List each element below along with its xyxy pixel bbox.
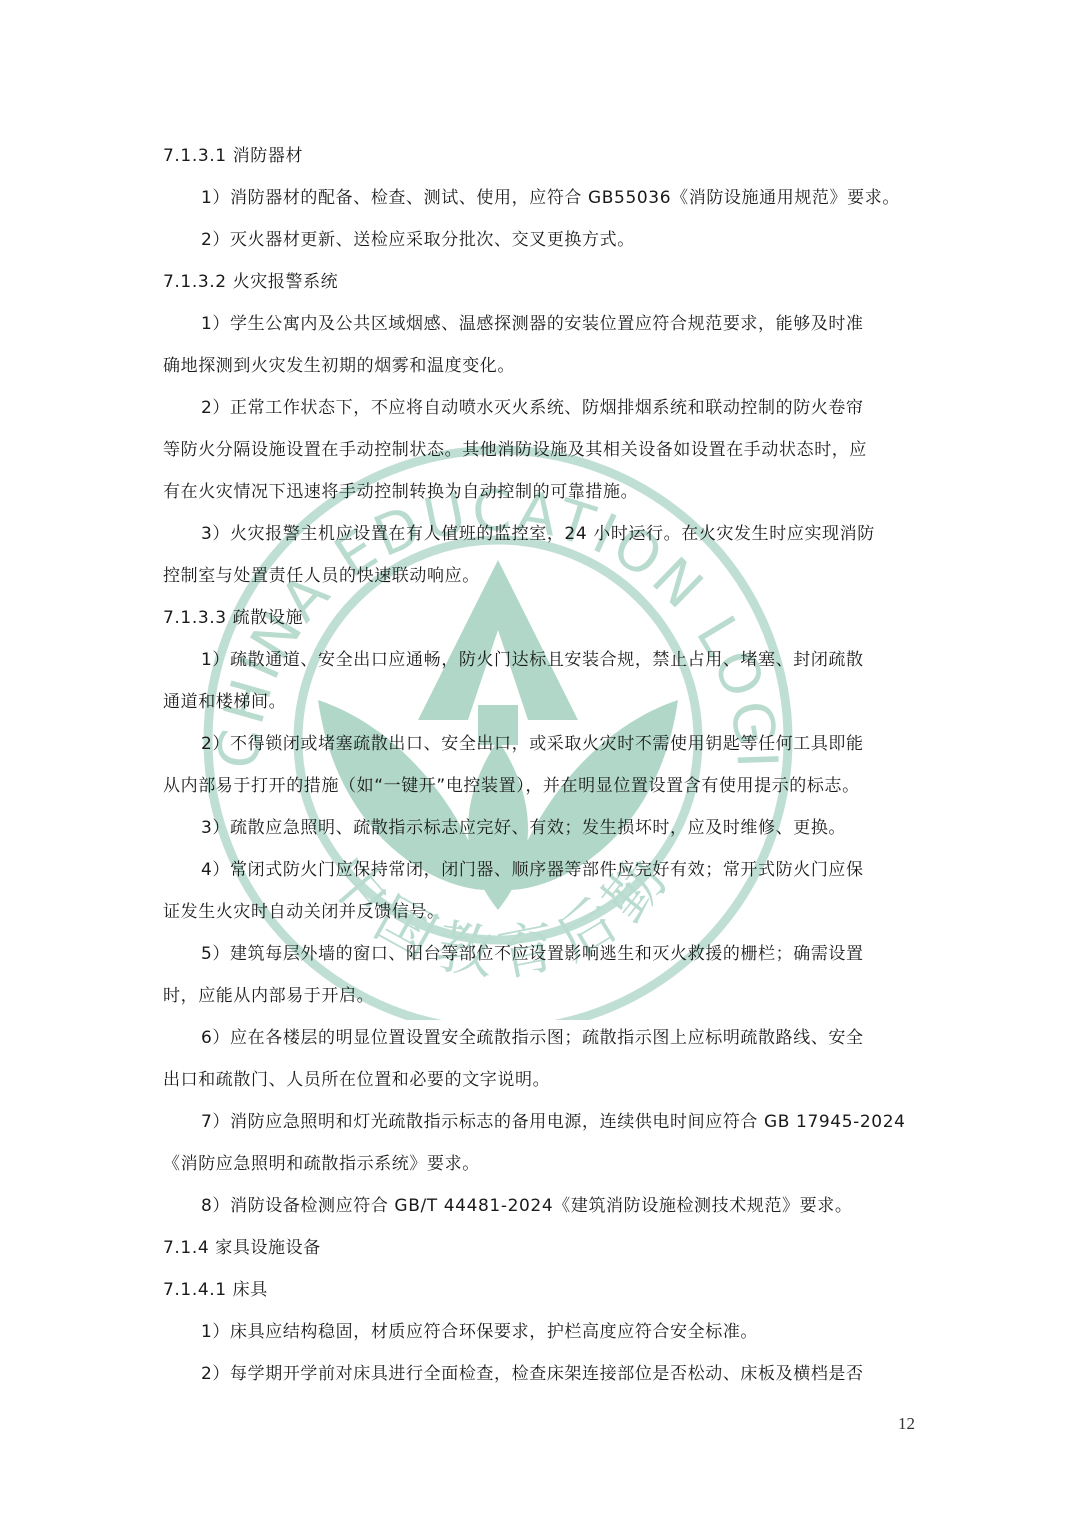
paragraph-line: 3）疏散应急照明、疏散指示标志应完好、有效；发生损坏时，应及时维修、更换。 — [201, 816, 846, 840]
paragraph-line: 《消防应急照明和疏散指示系统》要求。 — [163, 1152, 480, 1176]
paragraph-line: 3）火灾报警主机应设置在有人值班的监控室，24 小时运行。在火灾发生时应实现消防 — [201, 522, 875, 546]
paragraph-line: 证发生火灾时自动关闭并反馈信号。 — [163, 900, 445, 924]
paragraph-line: 通道和楼梯间。 — [163, 690, 286, 714]
paragraph-line: 1）床具应结构稳固，材质应符合环保要求，护栏高度应符合安全标准。 — [201, 1320, 758, 1344]
paragraph-line: 1）疏散通道、安全出口应通畅，防火门达标且安装合规，禁止占用、堵塞、封闭疏散 — [201, 648, 864, 672]
section-heading: 7.1.3.3 疏散设施 — [163, 606, 303, 630]
page-number: 12 — [898, 1414, 915, 1434]
paragraph-line: 控制室与处置责任人员的快速联动响应。 — [163, 564, 480, 588]
paragraph-line: 5）建筑每层外墙的窗口、阳台等部位不应设置影响逃生和灭火救援的栅栏；确需设置 — [201, 942, 864, 966]
paragraph-line: 确地探测到火灾发生初期的烟雾和温度变化。 — [163, 354, 515, 378]
paragraph-line: 1）消防器材的配备、检查、测试、使用，应符合 GB55036《消防设施通用规范》… — [201, 186, 900, 210]
paragraph-line: 4）常闭式防火门应保持常闭，闭门器、顺序器等部件应完好有效；常开式防火门应保 — [201, 858, 864, 882]
paragraph-line: 等防火分隔设施设置在手动控制状态。其他消防设施及其相关设备如设置在手动状态时，应 — [163, 438, 867, 462]
paragraph-line: 1）学生公寓内及公共区域烟感、温感探测器的安装位置应符合规范要求，能够及时准 — [201, 312, 864, 336]
paragraph-line: 有在火灾情况下迅速将手动控制转换为自动控制的可靠措施。 — [163, 480, 638, 504]
section-heading: 7.1.4 家具设施设备 — [163, 1236, 321, 1260]
paragraph-line: 7）消防应急照明和灯光疏散指示标志的备用电源，连续供电时间应符合 GB 1794… — [201, 1110, 906, 1134]
paragraph-line: 2）不得锁闭或堵塞疏散出口、安全出口，或采取火灾时不需使用钥匙等任何工具即能 — [201, 732, 864, 756]
section-heading: 7.1.3.2 火灾报警系统 — [163, 270, 338, 294]
paragraph-line: 时，应能从内部易于开启。 — [163, 984, 374, 1008]
paragraph-line: 2）灭火器材更新、送检应采取分批次、交叉更换方式。 — [201, 228, 635, 252]
paragraph-line: 2）正常工作状态下，不应将自动喷水灭火系统、防烟排烟系统和联动控制的防火卷帘 — [201, 396, 864, 420]
paragraph-line: 8）消防设备检测应符合 GB/T 44481-2024《建筑消防设施检测技术规范… — [201, 1194, 852, 1218]
section-heading: 7.1.4.1 床具 — [163, 1278, 268, 1302]
paragraph-line: 2）每学期开学前对床具进行全面检查，检查床架连接部位是否松动、床板及横档是否 — [201, 1362, 864, 1386]
paragraph-line: 出口和疏散门、人员所在位置和必要的文字说明。 — [163, 1068, 550, 1092]
section-heading: 7.1.3.1 消防器材 — [163, 144, 303, 168]
paragraph-line: 6）应在各楼层的明显位置设置安全疏散指示图；疏散指示图上应标明疏散路线、安全 — [201, 1026, 864, 1050]
paragraph-line: 从内部易于打开的措施（如“一键开”电控装置），并在明显位置设置含有使用提示的标志… — [163, 774, 860, 798]
